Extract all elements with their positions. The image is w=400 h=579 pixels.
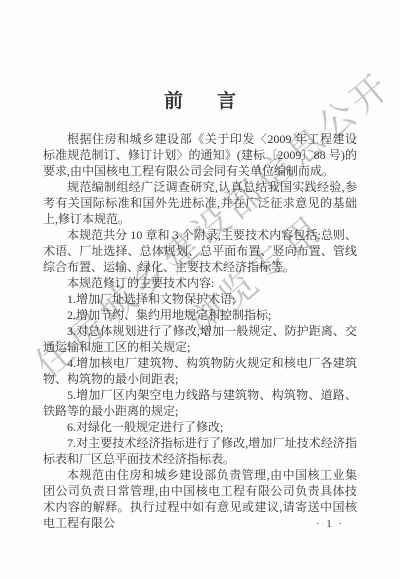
page-title: 前言: [0, 86, 400, 113]
title-char-second: 言: [217, 91, 236, 112]
paragraph-drafting: 规范编制组经广泛调查研究,认真总结我国实践经验,参考有关国际标准和国外先进标准,…: [43, 179, 357, 227]
revision-item-6: 6.对绿化一般规定进行了修改;: [43, 419, 357, 435]
revision-item-3: 3.对总体规划进行了修改,增加一般规定、防护距离、交通运输和施工区的相关规定;: [43, 323, 357, 355]
page-number: · 1 ·: [300, 518, 360, 530]
document-body: 根据住房和城乡建设部《关于印发〈2009 年工程建设标准规范制订、修订计划〉的通…: [43, 131, 357, 531]
paragraph-scope: 本规范共分 10 章和 3 个附录,主要技术内容包括:总则、术语、厂址选择、总体…: [43, 227, 357, 275]
paragraph-basis: 根据住房和城乡建设部《关于印发〈2009 年工程建设标准规范制订、修订计划〉的通…: [43, 131, 357, 179]
revision-item-4: 4.增加核电厂建筑物、构筑物防火规定和核电厂各建筑物、构筑物的最小间距表;: [43, 355, 357, 387]
revision-item-1: 1.增加厂址选择和文物保护术语;: [43, 291, 357, 307]
revision-item-7: 7.对主要技术经济指标进行了修改,增加厂址技术经济指标表和厂区总平面技术经济指标…: [43, 435, 357, 467]
scanned-document-page: 住房城乡建设部信息公开 浏览专用 前言 根据住房和城乡建设部《关于印发〈2009…: [0, 0, 400, 579]
revision-item-2: 2.增加节约、集约用地规定和控制指标;: [43, 307, 357, 323]
paragraph-revision-intro: 本规范修订的主要技术内容:: [43, 275, 357, 291]
revision-item-5: 5.增加厂区内架空电力线路与建筑物、构筑物、道路、铁路等的最小距离的规定;: [43, 387, 357, 419]
title-char-first: 前: [164, 91, 183, 112]
